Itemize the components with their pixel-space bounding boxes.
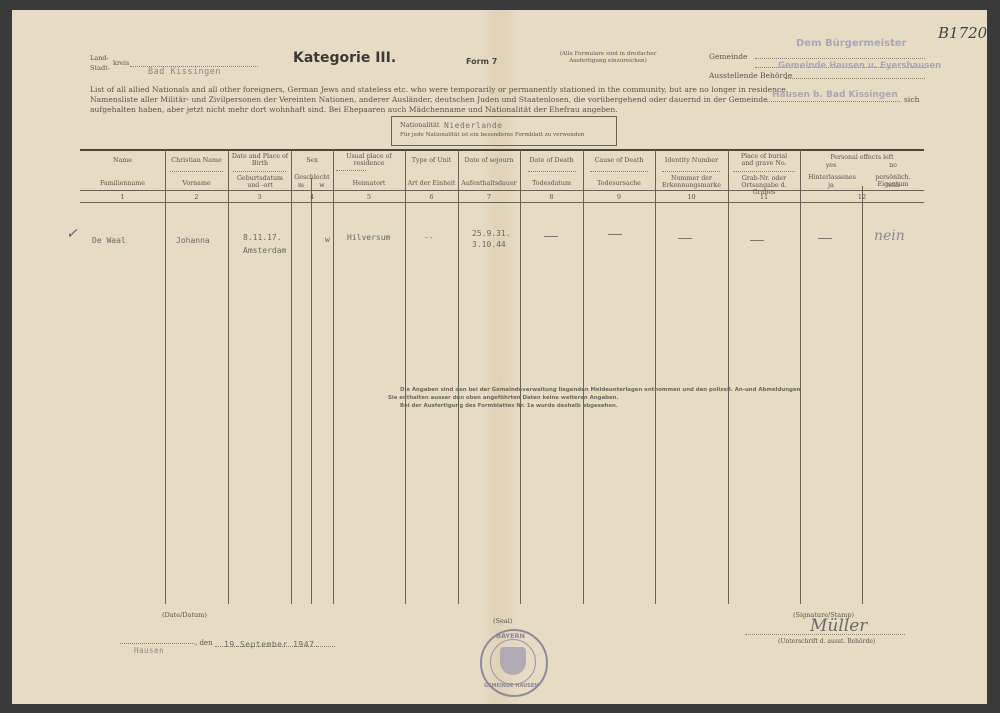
nationality-label: Nationalität [400, 122, 440, 129]
col-header-effects: Personal effects left [800, 154, 924, 161]
sex-sub-divider [311, 178, 312, 604]
col-number: 6 [405, 193, 458, 201]
place-value: Hausen [134, 646, 164, 655]
check-mark: ✓ [66, 226, 78, 242]
col-header-sex-w: w [311, 182, 333, 189]
header-dotted-sep [662, 171, 720, 172]
col-header-burial: Place of burial and grave No. [735, 153, 793, 167]
cell-residence: Hilversum [347, 233, 390, 242]
col-header-unit-de: Art der Einheit [405, 180, 458, 187]
col-divider [800, 150, 801, 604]
cell-death-date [544, 236, 558, 237]
gemeinde-stamp-line1: Dem Bürgermeister [796, 38, 907, 49]
col-header-residence-de: Heimatort [333, 180, 405, 187]
col-number: 3 [228, 193, 291, 201]
col-header-identity-de: Nummer der Erkennungsmarke [658, 175, 725, 189]
copies-note: (Alle Formulare sind in dreifacher Ausfe… [548, 51, 668, 65]
header-dotted-sep [590, 171, 648, 172]
stamp-note-line1: Die Angaben sind den bei der Gemeindever… [400, 386, 800, 394]
col-number: 2 [165, 193, 228, 201]
col-header-christian-name: Christian Name [165, 157, 228, 164]
german-sich: sich [904, 95, 919, 105]
col-header-effects-de-a: Hinterlassenes [800, 174, 864, 181]
col-number: 4 [291, 193, 333, 201]
col-divider [655, 150, 656, 604]
col-header-birth: Date and Place of Birth [230, 153, 290, 167]
signer-role: (Unterschrift d. ausst. Behörde) [778, 638, 875, 645]
gemeinde-label: Gemeinde [709, 52, 747, 61]
cell-identity [678, 238, 692, 239]
stamp-note-line2: Sie enthalten ausser den oben angeführte… [388, 394, 619, 402]
cell-effects-yes [818, 238, 832, 239]
form-number: Form 7 [466, 57, 497, 66]
col-header-name-de: Familienname [80, 180, 165, 187]
cell-burial [750, 240, 764, 241]
col-number: 5 [333, 193, 405, 201]
stamp-note-line3: Bei der Ausfertigung des Formblattes Nr.… [400, 402, 618, 410]
cell-sojourn-to: 3.10.44 [472, 240, 506, 249]
stadt-label: Stadt- [90, 65, 110, 72]
cell-birth-place: Amsterdam [243, 246, 286, 255]
cell-name: De Waal [92, 236, 126, 245]
date-value: 19.September 1947. [224, 640, 320, 649]
col-header-christian-name-de: Vorname [165, 180, 228, 187]
number-row-bottom-line [80, 202, 924, 203]
form-title: Kategorie III. [293, 50, 396, 66]
cell-effects-no: nein [874, 228, 905, 244]
col-divider [333, 150, 334, 604]
col-number: 11 [728, 193, 800, 201]
col-header-sex-m: m [291, 182, 311, 189]
col-header-birth-de: Geburtsdatum und -ort [230, 175, 290, 189]
behoerde-stamp: Hausen b. Bad Kissingen [772, 90, 898, 100]
nationality-note: Für jede Nationalität ist ein besonderes… [400, 132, 584, 139]
col-divider [165, 150, 166, 604]
col-number: 8 [520, 193, 583, 201]
col-divider [583, 150, 584, 604]
kreis-value: Bad Kissingen [148, 67, 221, 77]
col-number: 9 [583, 193, 655, 201]
header-dotted-sep [336, 170, 366, 171]
kreis-label: kreis [113, 60, 129, 67]
col-divider [458, 150, 459, 604]
col-header-effects-yes: yes [800, 162, 862, 169]
place-underline [120, 643, 195, 644]
col-header-death-date: Date of Death [520, 157, 583, 164]
cell-unit: -- [424, 233, 434, 242]
effects-sub-divider [862, 186, 863, 604]
land-label: Land- [90, 55, 109, 62]
col-divider [405, 150, 406, 604]
col-header-unit: Type of Unit [405, 157, 458, 164]
col-number: 7 [458, 193, 520, 201]
col-header-death-cause: Cause of Death [583, 157, 655, 164]
seal-crest-icon [500, 647, 526, 675]
col-header-sojourn-de: Aufenthaltsdauer [458, 180, 520, 187]
gemeinde-name-line [765, 101, 900, 102]
cell-sojourn-from: 25.9.31. [472, 229, 511, 238]
archive-number: B1720 [938, 24, 987, 42]
col-divider [728, 150, 729, 604]
col-header-effects-nein: nein [862, 182, 924, 189]
nationality-value: Niederlande [444, 121, 502, 130]
col-header-identity: Identity Number [655, 157, 728, 164]
col-header-name: Name [80, 157, 165, 164]
col-header-sex: Sex [291, 157, 333, 164]
col-header-sex-de: Geschlecht [291, 174, 333, 181]
col-number: 1 [80, 193, 165, 201]
den-label: , den [195, 640, 213, 647]
header-dotted-sep [733, 171, 795, 172]
col-header-sojourn: Date of sojourn [458, 157, 520, 164]
col-divider [228, 150, 229, 604]
seal-label: (Seal) [493, 618, 512, 625]
date-label: (Date/Datum) [162, 612, 207, 619]
gemeinde-underline [755, 58, 925, 59]
header-dotted-sep [233, 171, 286, 172]
col-divider [291, 150, 292, 604]
col-header-effects-no: no [862, 162, 924, 169]
col-header-death-date-de: Todesdatum [520, 180, 583, 187]
cell-death-cause [608, 234, 622, 235]
cell-christian-name: Johanna [176, 236, 210, 245]
signature: Müller [810, 616, 867, 636]
behoerde-label: Ausstellende Behörde [709, 71, 792, 80]
col-header-effects-ja: ja [800, 182, 862, 189]
cell-birth-date: 8.11.17. [243, 233, 282, 242]
col-header-residence: Usual place of residence [340, 153, 398, 167]
seal-bottom-text: GEMEINDE HAUSEN [484, 683, 538, 689]
col-number: 12 [800, 193, 924, 201]
col-divider [520, 150, 521, 604]
english-description: List of all allied Nationals and all oth… [90, 85, 788, 95]
col-number: 10 [655, 193, 728, 201]
gemeinde-stamp-line2: Gemeinde Hausen u. Eyershausen [778, 61, 941, 71]
german-description-2: aufgehalten haben, aber jetzt nicht mehr… [90, 105, 618, 115]
behoerde-underline [785, 78, 925, 79]
col-header-death-cause-de: Todesursache [583, 180, 655, 187]
header-dotted-sep [170, 171, 223, 172]
municipal-seal: BAYERN GEMEINDE HAUSEN [480, 629, 548, 697]
german-description-1: Namensliste aller Militär- und Zivilpers… [90, 95, 768, 105]
header-dotted-sep [528, 171, 576, 172]
nationality-box: Nationalität Niederlande Für jede Nation… [391, 116, 617, 146]
cell-sex: w [325, 235, 330, 244]
table-top-border [80, 149, 924, 151]
